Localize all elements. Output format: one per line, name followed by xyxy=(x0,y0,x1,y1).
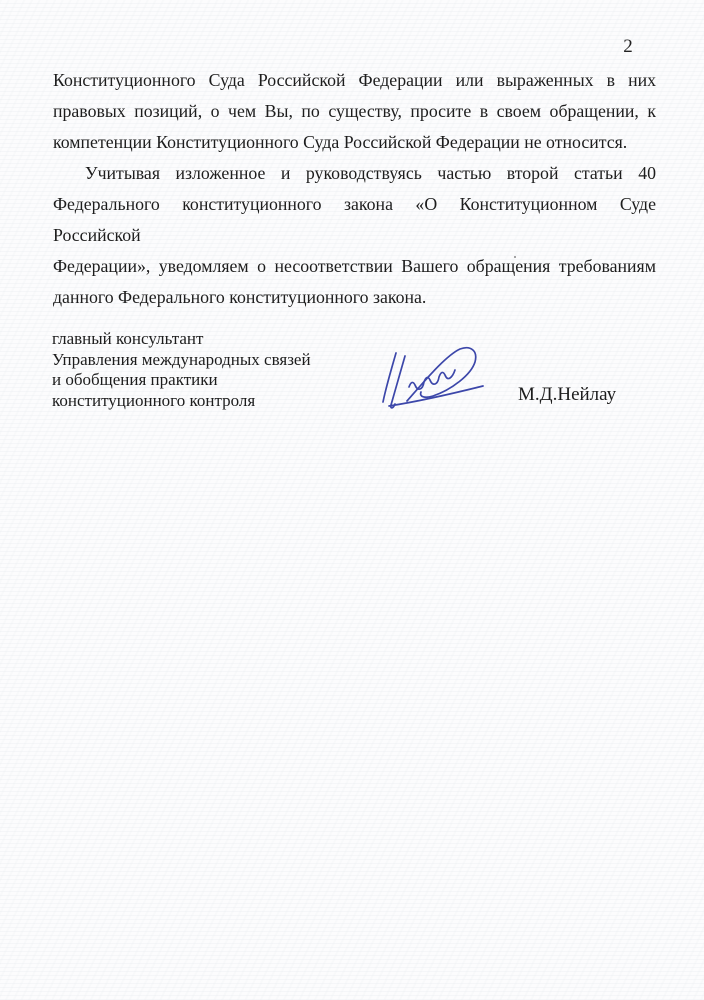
signer-title-line: и обобщения практики xyxy=(52,370,352,391)
text-line: компетенции Конституционного Суда Россий… xyxy=(53,127,656,158)
signer-title-line: Управления международных связей xyxy=(52,350,352,371)
scan-speck xyxy=(514,256,516,258)
paragraph-2: Учитывая изложенное и руководствуясь час… xyxy=(53,158,656,313)
paragraph-1: Конституционного Суда Российской Федерац… xyxy=(53,65,656,158)
text-line: Федерации», уведомляем о несоответствии … xyxy=(53,251,656,282)
signature-block: главный консультант Управления междунаро… xyxy=(52,329,352,411)
scanned-letter-page: 2 Конституционного Суда Российской Федер… xyxy=(0,0,704,1000)
signer-title-line: конституционного контроля xyxy=(52,391,352,412)
page-number: 2 xyxy=(618,36,638,58)
signer-title-line: главный консультант xyxy=(52,329,352,350)
text-line: Федерального конституционного закона «О … xyxy=(53,189,656,251)
signature-ink xyxy=(375,341,487,411)
text-line: Конституционного Суда Российской Федерац… xyxy=(53,65,656,96)
text-line: данного Федерального конституционного за… xyxy=(53,282,656,313)
text-line: Учитывая изложенное и руководствуясь час… xyxy=(53,158,656,189)
text-line: правовых позиций, о чем Вы, по существу,… xyxy=(53,96,656,127)
letter-body: Конституционного Суда Российской Федерац… xyxy=(53,65,656,313)
signer-name: М.Д.Нейлау xyxy=(518,384,616,406)
